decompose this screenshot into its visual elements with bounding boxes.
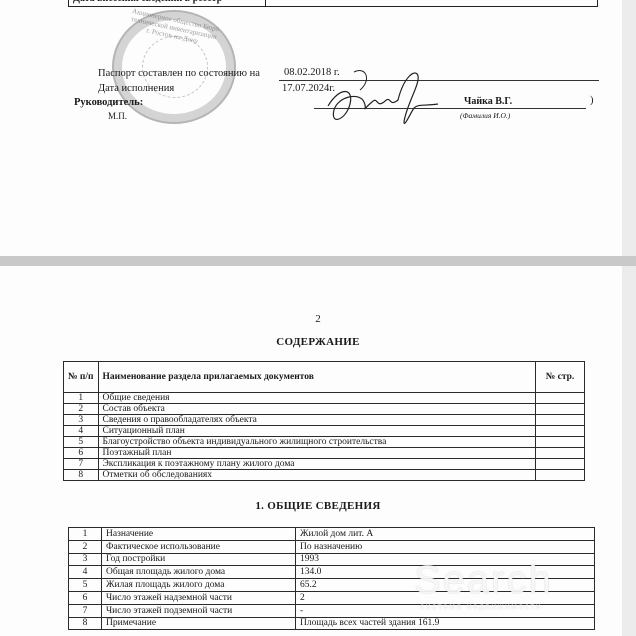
field-name: Жилая площадь жилого дома [102, 579, 296, 592]
field-name: Общая площадь жилого дома [102, 566, 296, 579]
page-ref [536, 459, 585, 470]
page-separator [0, 256, 636, 266]
row-number: 5 [69, 579, 102, 592]
seal-label: М.П. [108, 110, 127, 122]
page-ref [536, 404, 585, 415]
page-number: 2 [0, 313, 636, 325]
field-name: Фактическое использование [102, 540, 296, 553]
col-num-header: № п/п [64, 362, 99, 393]
row-number: 6 [69, 591, 102, 604]
section-name: Состав объекта [98, 404, 535, 415]
field-name: Число этажей подземной части [102, 604, 296, 617]
register-date-row: Дата внесения сведений в реестр [68, 0, 598, 7]
field-name: Назначение [102, 528, 296, 541]
table-row: 5Благоустройство объекта индивидуального… [64, 437, 585, 448]
head-name: Чайка В.Г. [464, 96, 512, 108]
contents-table: № п/п Наименование раздела прилагаемых д… [63, 361, 585, 481]
table-row: 1НазначениеЖилой дом лит. А [69, 528, 595, 541]
watermark-subtitle: система недвижимости [420, 601, 542, 611]
watermark-logo: Search [414, 558, 553, 603]
section-name: Поэтажный план [98, 448, 535, 459]
row-number: 8 [69, 617, 102, 630]
row-number: 1 [64, 393, 99, 404]
field-name: Примечание [102, 617, 296, 630]
table-row: 2Фактическое использованиеПо назначению [69, 540, 595, 553]
section-name: Отметки об обследованиях [98, 470, 535, 481]
row-number: 3 [64, 415, 99, 426]
closing-paren: ) [590, 95, 594, 107]
contents-header-row: № п/п Наименование раздела прилагаемых д… [64, 362, 585, 393]
page-ref [536, 415, 585, 426]
page-ref [536, 437, 585, 448]
field-value: Площадь всех частей здания 161.9 [296, 617, 595, 630]
row-number: 1 [69, 528, 102, 541]
table-row: 3Сведения о правообладателях объекта [64, 415, 585, 426]
name-caption: (Фамилия И.О.) [460, 110, 510, 122]
field-value: Жилой дом лит. А [296, 528, 595, 541]
row-number: 6 [64, 448, 99, 459]
field-name: Год постройки [102, 553, 296, 566]
table-row: 4Ситуационный план [64, 426, 585, 437]
row-number: 8 [64, 470, 99, 481]
table-row: 8ПримечаниеПлощадь всех частей здания 16… [69, 617, 595, 630]
head-label: Руководитель: [74, 97, 143, 109]
row-number: 4 [69, 566, 102, 579]
field-value: По назначению [296, 540, 595, 553]
table-row: 2Состав объекта [64, 404, 585, 415]
document-page-1: Дата внесения сведений в реестр Акционер… [0, 0, 622, 256]
table-row: 7Экспликация к поэтажному плану жилого д… [64, 459, 585, 470]
col-page-header: № стр. [536, 362, 585, 393]
row-number: 7 [64, 459, 99, 470]
general-info-title: 1. ОБЩИЕ СВЕДЕНИЯ [0, 500, 636, 512]
register-date-label: Дата внесения сведений в реестр [73, 0, 222, 3]
section-name: Ситуационный план [98, 426, 535, 437]
signature [320, 66, 440, 132]
row-number: 2 [69, 540, 102, 553]
section-name: Сведения о правообладателях объекта [98, 415, 535, 426]
page-ref [536, 393, 585, 404]
passport-date-label: Паспорт составлен по состоянию на [98, 68, 260, 80]
col-name-header: Наименование раздела прилагаемых докумен… [98, 362, 535, 393]
section-name: Общие сведения [98, 393, 535, 404]
section-name: Экспликация к поэтажному плану жилого до… [98, 459, 535, 470]
table-row: 6Поэтажный план [64, 448, 585, 459]
row-number: 2 [64, 404, 99, 415]
page-ref [536, 448, 585, 459]
page-ref [536, 470, 585, 481]
table-row: 8Отметки об обследованиях [64, 470, 585, 481]
row-number: 5 [64, 437, 99, 448]
field-name: Число этажей надземной части [102, 591, 296, 604]
row-number: 4 [64, 426, 99, 437]
table-row: 1Общие сведения [64, 393, 585, 404]
page-ref [536, 426, 585, 437]
row-number: 7 [69, 604, 102, 617]
execution-date-label: Дата исполнения [98, 83, 174, 95]
section-name: Благоустройство объекта индивидуального … [98, 437, 535, 448]
row-number: 3 [69, 553, 102, 566]
contents-title: СОДЕРЖАНИЕ [0, 336, 636, 348]
